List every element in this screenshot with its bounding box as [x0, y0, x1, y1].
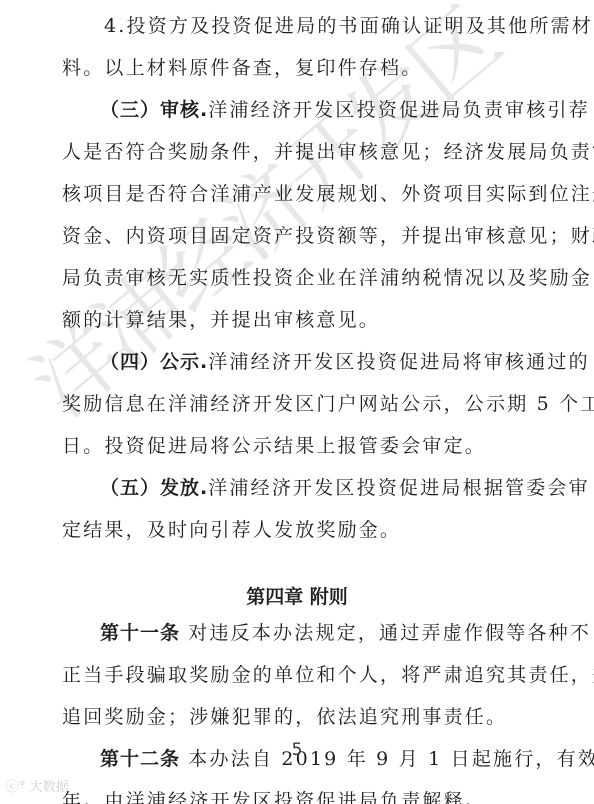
paragraph-line: 4.投资方及投资促进局的书面确认证明及其他所需材	[104, 15, 504, 37]
corner-logo: ⓒ° 大数据	[6, 776, 69, 795]
paragraph-text: 洋浦经济开发区投资促进局根据管委会审	[208, 477, 590, 499]
page-number: 5	[0, 740, 594, 760]
paragraph-line: 年。由洋浦经济开发区投资促进局负责解释。	[62, 790, 462, 804]
chapter-heading: 第四章 附则	[0, 582, 594, 609]
section-label-distribution: （五）发放.	[100, 477, 208, 499]
section-distribution-line: （五）发放.洋浦经济开发区投资促进局根据管委会审	[100, 477, 500, 499]
paragraph-line: 追回奖励金；涉嫌犯罪的，依法追究刑事责任。	[62, 706, 462, 728]
article-11-line: 第十一条 对违反本办法规定，通过弄虚作假等各种不	[100, 622, 500, 644]
paragraph-line: 正当手段骗取奖励金的单位和个人，将严肃追究其责任，并	[62, 664, 462, 686]
paragraph-line: 料。以上材料原件备查，复印件存档。	[62, 57, 462, 79]
section-review-line: （三）审核.洋浦经济开发区投资促进局负责审核引荐	[100, 99, 500, 121]
paragraph-line: 额的计算结果，并提出审核意见。	[62, 309, 462, 331]
paragraph-line: 日。投资促进局将公示结果上报管委会审定。	[62, 435, 462, 457]
paragraph-line: 核项目是否符合洋浦产业发展规划、外资项目实际到位注册	[62, 183, 462, 205]
section-label-review: （三）审核.	[100, 99, 208, 121]
document-page: 洋浦经济开发区 4.投资方及投资促进局的书面确认证明及其他所需材 料。以上材料原…	[0, 0, 594, 804]
paragraph-text: 对违反本办法规定，通过弄虚作假等各种不	[180, 622, 591, 644]
paragraph-line: 奖励信息在洋浦经济开发区门户网站公示，公示期 5 个工作	[62, 393, 462, 415]
paragraph-line: 资金、内资项目固定资产投资额等，并提出审核意见；财政	[62, 225, 462, 247]
paragraph-text: 洋浦经济开发区投资促进局将审核通过的	[208, 351, 590, 373]
paragraph-line: 定结果，及时向引荐人发放奖励金。	[62, 519, 462, 541]
paragraph-line: 局负责审核无实质性投资企业在洋浦纳税情况以及奖励金	[62, 267, 462, 289]
article-label-11: 第十一条	[100, 622, 180, 644]
paragraph-text: 洋浦经济开发区投资促进局负责审核引荐	[208, 99, 590, 121]
section-label-publicity: （四）公示.	[100, 351, 208, 373]
paragraph-line: 人是否符合奖励条件，并提出审核意见；经济发展局负责审	[62, 141, 462, 163]
section-publicity-line: （四）公示.洋浦经济开发区投资促进局将审核通过的	[100, 351, 500, 373]
